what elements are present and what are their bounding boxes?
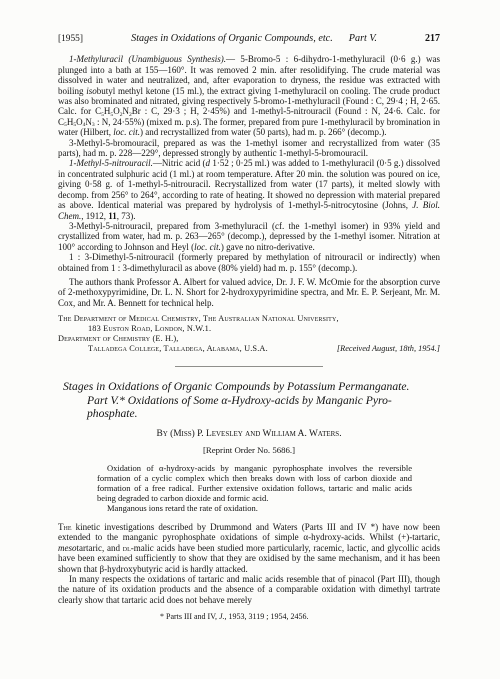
running-header: [1955] Stages in Oxidations of Organic C…	[58, 34, 440, 44]
running-title: Stages in Oxidations of Organic Compound…	[131, 33, 333, 44]
article-title: Stages in Oxidations of Organic Compound…	[58, 380, 440, 421]
paragraph-methyluracil-synthesis: 1-Methyluracil (Unambiguous Synthesis).—…	[58, 54, 440, 137]
page-number: 217	[425, 34, 440, 44]
received-date: [Received August, 18th, 1954.]	[337, 344, 440, 354]
article-start: Stages in Oxidations of Organic Compound…	[58, 380, 440, 623]
address-line-2: 183 Euston Road, London, N.W.1.	[58, 324, 440, 334]
journal-page: [1955] Stages in Oxidations of Organic C…	[0, 0, 500, 679]
introduction-text: The kinetic investigations described by …	[58, 522, 440, 605]
body-paragraph-1: The kinetic investigations described by …	[58, 522, 440, 574]
byline: By (Miss) P. Levesley and William A. Wat…	[58, 429, 440, 439]
reprint-order: [Reprint Order No. 5686.]	[58, 445, 440, 455]
paragraph-3-methyl-nitrouracil: 3-Methyl-5-nitrouracil, prepared from 3-…	[58, 221, 440, 252]
paragraph-methyl-nitrouracil: 1-Methyl-5-nitrouracil.—Nitric acid (d 1…	[58, 158, 440, 220]
running-title-group: Stages in Oxidations of Organic Compound…	[83, 34, 425, 44]
previous-article-end: 1-Methyluracil (Unambiguous Synthesis).—…	[58, 54, 440, 353]
abstract-paragraph-1: Oxidation of α-hydroxy-acids by manganic…	[97, 463, 412, 503]
address-line-4-row: Talladega College, Talladega, Alabama, U…	[58, 344, 440, 354]
footnote: * Parts III and IV, J., 1953, 3119 ; 195…	[58, 612, 440, 622]
article-divider	[175, 366, 323, 367]
title-line-2: Part V.* Oxidations of Some α-Hydroxy-ac…	[58, 394, 440, 408]
body-paragraph-2: In many respects the oxidations of tarta…	[58, 574, 440, 605]
paragraph-dimethyl-nitrouracil: 1 : 3-Dimethyl-5-nitrouracil (formerly p…	[58, 252, 440, 273]
address-block: The Department of Medical Chemistry, The…	[58, 314, 440, 354]
title-line-3: phosphate.	[58, 407, 440, 421]
abstract-paragraph-2: Manganous ions retard the rate of oxidat…	[97, 503, 412, 513]
address-line-4: Talladega College, Talladega, Alabama, U…	[58, 344, 268, 354]
year-tag: [1955]	[58, 34, 83, 44]
title-line-1: Stages in Oxidations of Organic Compound…	[58, 380, 440, 394]
running-part: Part V.	[349, 33, 377, 44]
acknowledgements: The authors thank Professor A. Albert fo…	[58, 277, 440, 308]
paragraph-methyl-bromouracil: 3-Methyl-5-bromouracil, prepared as was …	[58, 138, 440, 159]
address-line-1: The Department of Medical Chemistry, The…	[58, 314, 440, 324]
address-line-3: Department of Chemistry (E. H.),	[58, 334, 440, 344]
abstract: Oxidation of α-hydroxy-acids by manganic…	[97, 463, 412, 513]
